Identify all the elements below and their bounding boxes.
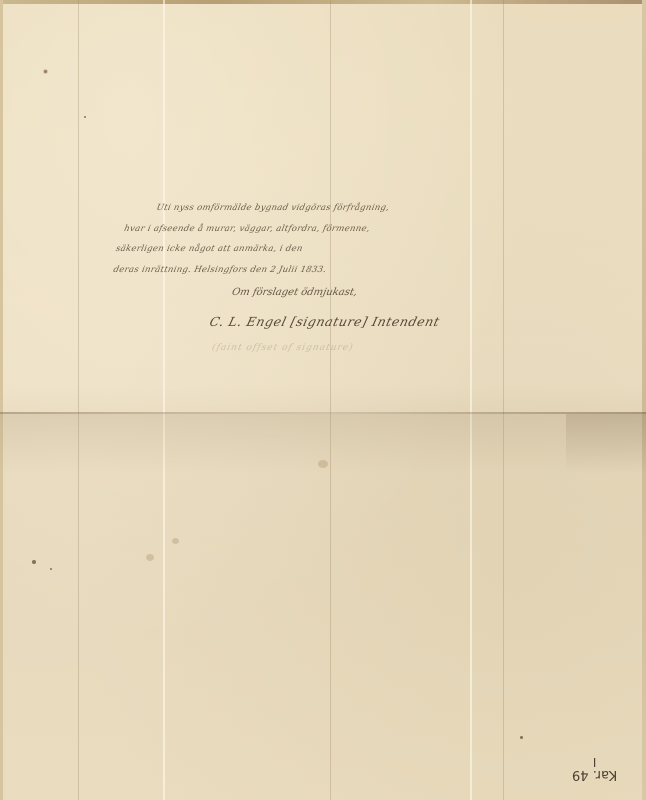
archive-annotation: Kar. 49 I <box>572 755 617 782</box>
letter-line: Uti nyss omförmälde bygnad vidgöras förf… <box>154 198 438 219</box>
laid-line <box>330 0 331 800</box>
stain <box>172 538 179 544</box>
chain-line <box>470 0 472 800</box>
laid-line <box>503 0 504 800</box>
letter-line: hvar i afseende å murar, väggar, altford… <box>122 219 434 240</box>
archive-number: Kar. 49 <box>572 767 617 782</box>
letter-closing: Om förslaget ödmjukast, <box>231 287 358 298</box>
letter-line: säkerligen icke något att anmärka, i den <box>114 239 430 260</box>
ink-speck <box>520 736 523 739</box>
chain-line <box>163 0 165 800</box>
ink-speck <box>32 560 36 564</box>
ink-speck <box>50 568 52 570</box>
stain <box>146 554 154 561</box>
paper-edge-left <box>0 0 3 800</box>
paper-edge-top <box>0 0 646 4</box>
paper-edge-right <box>642 0 646 800</box>
laid-line <box>78 0 79 800</box>
letter-body: Uti nyss omförmälde bygnad vidgöras förf… <box>141 198 438 280</box>
signature: C. L. Engel [signature] Intendent <box>208 314 441 329</box>
stain <box>318 460 328 468</box>
stain <box>43 69 48 74</box>
manuscript-page: Uti nyss omförmälde bygnad vidgöras förf… <box>0 0 646 800</box>
fold-shadow-right <box>566 414 646 474</box>
ink-speck <box>84 116 86 118</box>
letter-line: deras inrättning. Helsingfors den 2 Juli… <box>111 260 425 281</box>
ghost-offset-text: (faint offset of signature) <box>211 343 355 353</box>
